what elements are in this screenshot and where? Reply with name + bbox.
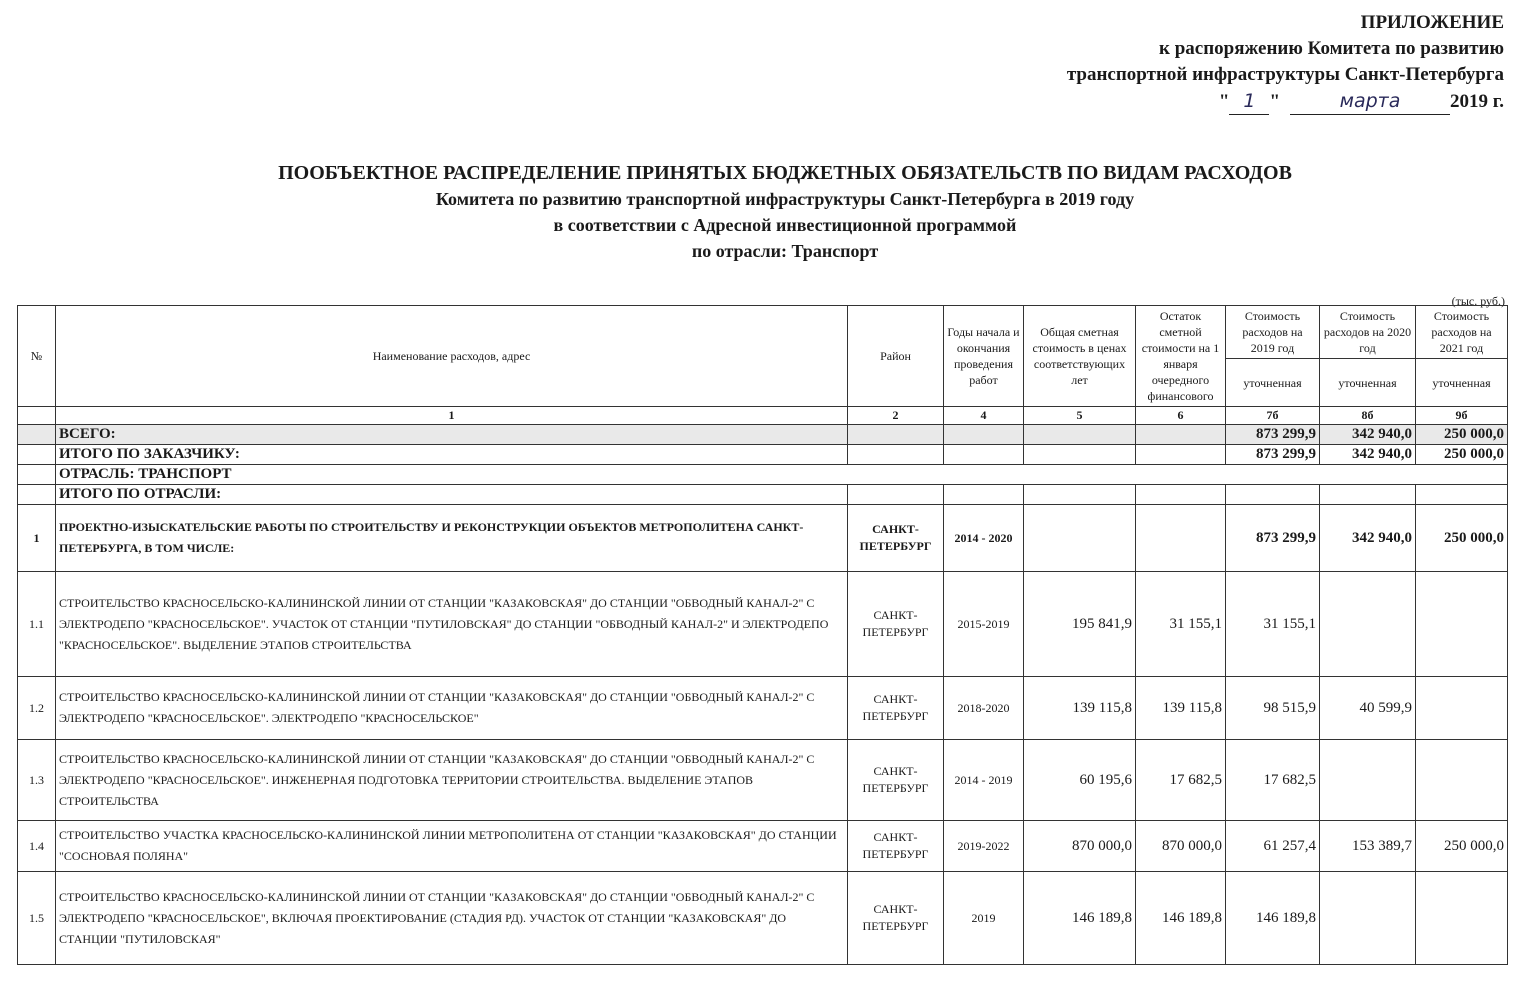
header-cost-2019: Стоимость расходов на 2019 год bbox=[1226, 306, 1320, 359]
annex-line2: транспортной инфраструктуры Санкт-Петерб… bbox=[1067, 62, 1504, 88]
row-cost-2021: 250 000,0 bbox=[1416, 505, 1508, 572]
header-refined-2021: уточненная bbox=[1416, 359, 1508, 407]
row-name: СТРОИТЕЛЬСТВО КРАСНОСЕЛЬСКО-КАЛИНИНСКОЙ … bbox=[56, 677, 848, 740]
row-remaining bbox=[1136, 505, 1226, 572]
header-years: Годы начала и окончания проведения работ bbox=[944, 306, 1024, 407]
row-remaining: 146 189,8 bbox=[1136, 872, 1226, 965]
row-cost-2019: 873 299,9 bbox=[1226, 505, 1320, 572]
row-cost-2021 bbox=[1416, 872, 1508, 965]
row-cost-2019: 146 189,8 bbox=[1226, 872, 1320, 965]
row-years: 2019 bbox=[944, 872, 1024, 965]
document-title-block: ПООБЪЕКТНОЕ РАСПРЕДЕЛЕНИЕ ПРИНЯТЫХ БЮДЖЕ… bbox=[0, 160, 1517, 264]
table-row: 1.3 СТРОИТЕЛЬСТВО КРАСНОСЕЛЬСКО-КАЛИНИНС… bbox=[18, 740, 1508, 821]
row-cost-2020: 153 389,7 bbox=[1320, 821, 1416, 872]
header-refined-2020: уточненная bbox=[1320, 359, 1416, 407]
row-cost-2020: 40 599,9 bbox=[1320, 677, 1416, 740]
annex-line1: к распоряжению Комитета по развитию bbox=[1067, 36, 1504, 62]
row-number: 1.5 bbox=[18, 872, 56, 965]
row-cost-2020 bbox=[1320, 740, 1416, 821]
document-subtitle-2: в соответствии с Адресной инвестиционной… bbox=[0, 212, 1517, 238]
row-number: 1.4 bbox=[18, 821, 56, 872]
row-remaining: 31 155,1 bbox=[1136, 572, 1226, 677]
row-cost-2020: 342 940,0 bbox=[1320, 505, 1416, 572]
column-number-row: 1 2 4 5 6 7б 8б 9б bbox=[18, 407, 1508, 425]
row-remaining: 870 000,0 bbox=[1136, 821, 1226, 872]
row-cost-2019: 98 515,9 bbox=[1226, 677, 1320, 740]
annex-title: ПРИЛОЖЕНИЕ bbox=[1067, 10, 1504, 36]
table-row: 1.2 СТРОИТЕЛЬСТВО КРАСНОСЕЛЬСКО-КАЛИНИНС… bbox=[18, 677, 1508, 740]
summary-row-sector-total: ИТОГО ПО ОТРАСЛИ: bbox=[18, 485, 1508, 505]
row-cost-2019: 17 682,5 bbox=[1226, 740, 1320, 821]
row-total-cost: 195 841,9 bbox=[1024, 572, 1136, 677]
header-cost-2021: Стоимость расходов на 2021 год bbox=[1416, 306, 1508, 359]
row-cost-2019: 31 155,1 bbox=[1226, 572, 1320, 677]
annex-date: " 1 " марта 2019 г. bbox=[1067, 88, 1504, 115]
row-name: СТРОИТЕЛЬСТВО КРАСНОСЕЛЬСКО-КАЛИНИНСКОЙ … bbox=[56, 572, 848, 677]
row-total-cost bbox=[1024, 505, 1136, 572]
header-row: № Наименование расходов, адрес Район Год… bbox=[18, 306, 1508, 359]
row-district: САНКТ-ПЕТЕРБУРГ bbox=[848, 505, 944, 572]
header-remaining: Остаток сметной стоимости на 1 января оч… bbox=[1136, 306, 1226, 407]
row-cost-2020 bbox=[1320, 872, 1416, 965]
summary-row-sector: ОТРАСЛЬ: ТРАНСПОРТ bbox=[18, 465, 1508, 485]
date-year: 2019 г. bbox=[1450, 89, 1504, 115]
table-row: 1.4 СТРОИТЕЛЬСТВО УЧАСТКА КРАСНОСЕЛЬСКО-… bbox=[18, 821, 1508, 872]
header-total-cost: Общая сметная стоимость в ценах соответс… bbox=[1024, 306, 1136, 407]
row-total-cost: 139 115,8 bbox=[1024, 677, 1136, 740]
row-district: САНКТ-ПЕТЕРБУРГ bbox=[848, 740, 944, 821]
row-total-cost: 60 195,6 bbox=[1024, 740, 1136, 821]
row-years: 2019-2022 bbox=[944, 821, 1024, 872]
date-month: марта bbox=[1290, 88, 1450, 115]
row-name: СТРОИТЕЛЬСТВО КРАСНОСЕЛЬСКО-КАЛИНИНСКОЙ … bbox=[56, 740, 848, 821]
table-row: 1 ПРОЕКТНО-ИЗЫСКАТЕЛЬСКИЕ РАБОТЫ ПО СТРО… bbox=[18, 505, 1508, 572]
summary-row-customer: ИТОГО ПО ЗАКАЗЧИКУ: 873 299,9 342 940,0 … bbox=[18, 445, 1508, 465]
row-name: СТРОИТЕЛЬСТВО УЧАСТКА КРАСНОСЕЛЬСКО-КАЛИ… bbox=[56, 821, 848, 872]
table-row: 1.1 СТРОИТЕЛЬСТВО КРАСНОСЕЛЬСКО-КАЛИНИНС… bbox=[18, 572, 1508, 677]
row-years: 2015-2019 bbox=[944, 572, 1024, 677]
budget-table: № Наименование расходов, адрес Район Год… bbox=[17, 305, 1508, 965]
row-total-cost: 146 189,8 bbox=[1024, 872, 1136, 965]
row-cost-2019: 61 257,4 bbox=[1226, 821, 1320, 872]
row-years: 2014 - 2019 bbox=[944, 740, 1024, 821]
table-row: 1.5 СТРОИТЕЛЬСТВО КРАСНОСЕЛЬСКО-КАЛИНИНС… bbox=[18, 872, 1508, 965]
row-cost-2021 bbox=[1416, 572, 1508, 677]
document-title: ПООБЪЕКТНОЕ РАСПРЕДЕЛЕНИЕ ПРИНЯТЫХ БЮДЖЕ… bbox=[0, 160, 1517, 186]
date-day: 1 bbox=[1229, 88, 1269, 115]
header-refined-2019: уточненная bbox=[1226, 359, 1320, 407]
row-cost-2021 bbox=[1416, 740, 1508, 821]
document-subtitle-3: по отрасли: Транспорт bbox=[0, 238, 1517, 264]
row-district: САНКТ-ПЕТЕРБУРГ bbox=[848, 572, 944, 677]
header-name: Наименование расходов, адрес bbox=[56, 306, 848, 407]
annex-header: ПРИЛОЖЕНИЕ к распоряжению Комитета по ра… bbox=[1067, 10, 1504, 115]
row-name: СТРОИТЕЛЬСТВО КРАСНОСЕЛЬСКО-КАЛИНИНСКОЙ … bbox=[56, 872, 848, 965]
row-cost-2020 bbox=[1320, 572, 1416, 677]
row-number: 1.1 bbox=[18, 572, 56, 677]
row-number: 1.3 bbox=[18, 740, 56, 821]
row-remaining: 17 682,5 bbox=[1136, 740, 1226, 821]
row-name: ПРОЕКТНО-ИЗЫСКАТЕЛЬСКИЕ РАБОТЫ ПО СТРОИТ… bbox=[56, 505, 848, 572]
header-cost-2020: Стоимость расходов на 2020 год bbox=[1320, 306, 1416, 359]
row-years: 2014 - 2020 bbox=[944, 505, 1024, 572]
row-district: САНКТ-ПЕТЕРБУРГ bbox=[848, 677, 944, 740]
row-cost-2021 bbox=[1416, 677, 1508, 740]
row-years: 2018-2020 bbox=[944, 677, 1024, 740]
row-district: САНКТ-ПЕТЕРБУРГ bbox=[848, 872, 944, 965]
row-total-cost: 870 000,0 bbox=[1024, 821, 1136, 872]
row-number: 1.2 bbox=[18, 677, 56, 740]
document-subtitle-1: Комитета по развитию транспортной инфрас… bbox=[0, 186, 1517, 212]
row-district: САНКТ-ПЕТЕРБУРГ bbox=[848, 821, 944, 872]
header-no: № bbox=[18, 306, 56, 407]
summary-row-total: ВСЕГО: 873 299,9 342 940,0 250 000,0 bbox=[18, 425, 1508, 445]
row-number: 1 bbox=[18, 505, 56, 572]
row-remaining: 139 115,8 bbox=[1136, 677, 1226, 740]
row-cost-2021: 250 000,0 bbox=[1416, 821, 1508, 872]
header-district: Район bbox=[848, 306, 944, 407]
